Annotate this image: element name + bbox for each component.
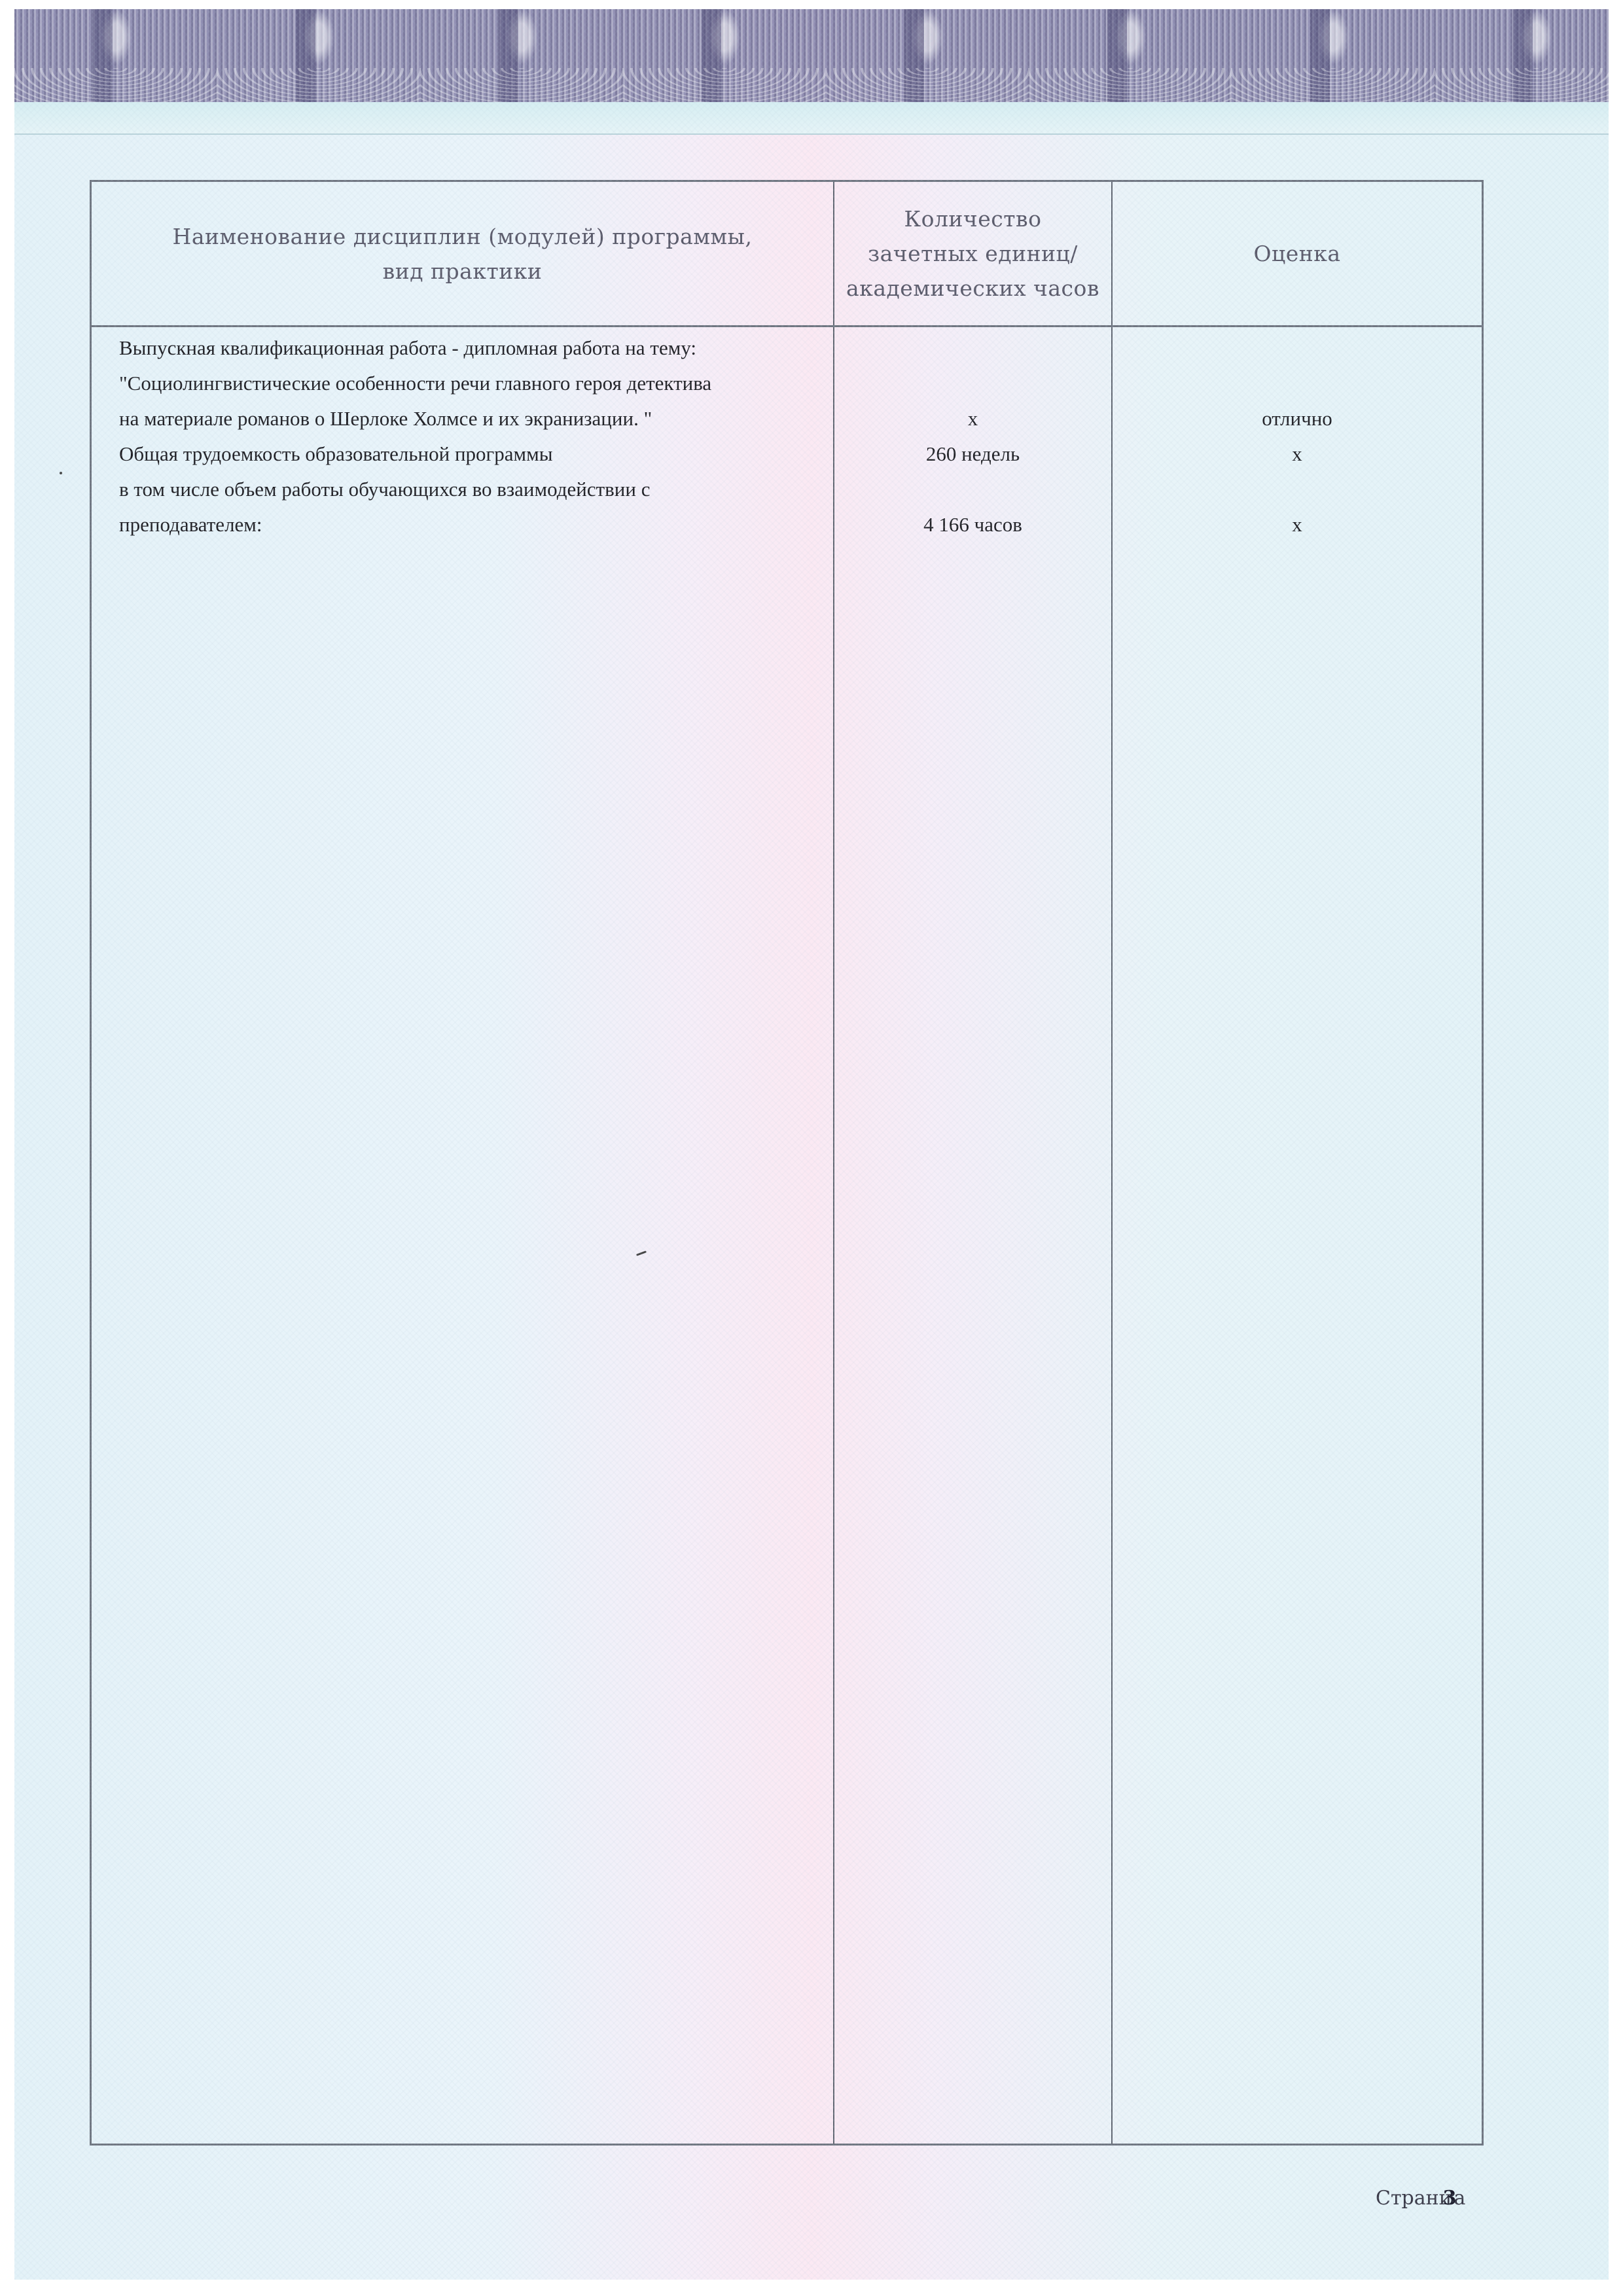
header-grade: Оценка <box>1113 182 1482 325</box>
table-row-thesis-line: на материале романов о Шерлоке Холмсе и … <box>119 401 711 436</box>
header-line: Наименование дисциплин (модулей) програм… <box>173 219 753 254</box>
header-line: академических часов <box>846 271 1099 306</box>
header-line: Количество <box>846 202 1099 236</box>
table-row-contact-hours-line: преподавателем: <box>119 507 711 542</box>
header-line: вид практики <box>173 254 753 289</box>
table-row-thesis-line: "Социолингвистические особенности речи г… <box>119 366 711 401</box>
header-credit-units: Количество зачетных единиц/ академически… <box>834 182 1111 325</box>
contact-hours-quantity: 4 166 часов <box>834 507 1111 542</box>
page-label-end: а <box>1454 2187 1466 2210</box>
table-row-total-workload: Общая трудоемкость образовательной прогр… <box>119 436 711 472</box>
security-band <box>14 102 1609 135</box>
page-label: Страни <box>1376 2187 1452 2210</box>
page-number-footer: Страни3а <box>1376 2187 1465 2210</box>
disciplines-table: Наименование дисциплин (модулей) програм… <box>90 180 1484 2146</box>
discipline-names: Выпускная квалификационная работа - дипл… <box>119 330 711 542</box>
thesis-quantity: х <box>834 401 1111 436</box>
header-line: зачетных единиц/ <box>846 236 1099 271</box>
diploma-page: Наименование дисциплин (модулей) програм… <box>14 9 1609 2280</box>
header-divider <box>92 325 1482 327</box>
scan-speck <box>60 472 62 474</box>
guilloche-border-pattern <box>14 9 1609 102</box>
contact-hours-grade: х <box>1113 507 1482 542</box>
total-workload-quantity: 260 недель <box>834 436 1111 472</box>
header-line: Оценка <box>1253 236 1340 271</box>
column-divider <box>833 182 834 2144</box>
column-divider <box>1111 182 1113 2144</box>
table-row-contact-hours-line: в том числе объем работы обучающихся во … <box>119 472 711 507</box>
table-row-thesis-line: Выпускная квалификационная работа - дипл… <box>119 330 711 366</box>
header-discipline-name: Наименование дисциплин (модулей) програм… <box>92 182 833 325</box>
total-workload-grade: х <box>1113 436 1482 472</box>
thesis-grade: отлично <box>1113 401 1482 436</box>
